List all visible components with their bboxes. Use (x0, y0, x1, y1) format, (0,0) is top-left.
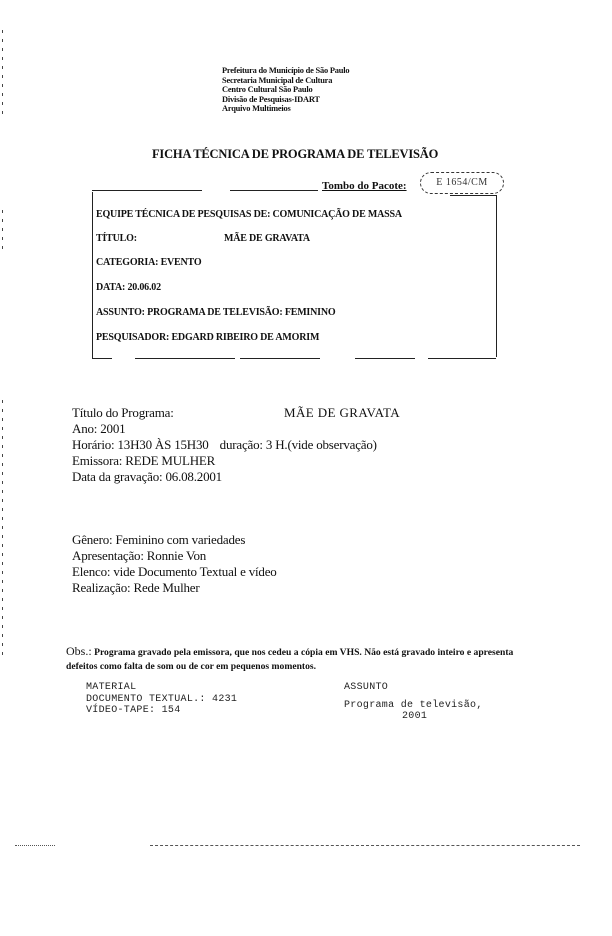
header-line: Centro Cultural São Paulo (222, 85, 349, 95)
top-rule (92, 190, 202, 191)
header-line: Arquivo Multimeios (222, 104, 349, 114)
elenco-field: Elenco: vide Documento Textual e vídeo (72, 564, 277, 580)
scan-bottom-marks (15, 845, 55, 848)
categoria-field: CATEGORIA: EVENTO (96, 257, 201, 268)
scan-edge-marks (2, 210, 5, 255)
scan-edge-marks (2, 400, 5, 661)
emissora-field: Emissora: REDE MULHER (72, 453, 377, 469)
credits: Gênero: Feminino com variedades Apresent… (72, 532, 277, 596)
assunto-line2: 2001 (344, 711, 483, 723)
box-bottom-rule (135, 358, 235, 359)
header-line: Divisão de Pesquisas-IDART (222, 95, 349, 105)
assunto-field: ASSUNTO: PROGRAMA DE TELEVISÃO: FEMININO (96, 307, 335, 318)
pesquisador-field: PESQUISADOR: EDGARD RIBEIRO DE AMORIM (96, 332, 319, 343)
obs-text: Programa gravado pela emissora, que nos … (66, 647, 513, 672)
realizacao-field: Realização: Rede Mulher (72, 580, 277, 596)
top-rule (230, 190, 318, 191)
tombo-label: Tombo do Pacote: (322, 180, 407, 192)
observation: Obs.: Programa gravado pela emissora, qu… (66, 644, 516, 674)
data-field: DATA: 20.06.02 (96, 282, 161, 293)
program-title-value: MÃE DE GRAVATA (284, 405, 400, 421)
material-heading: MATERIAL (86, 682, 237, 694)
titulo-value: MÃE DE GRAVATA (224, 233, 310, 244)
horario-field: Horário: 13H30 ÀS 15H30 duração: 3 H.(vi… (72, 437, 377, 453)
institution-header: Prefeitura do Município de São Paulo Sec… (222, 66, 349, 114)
box-top-right (450, 195, 496, 196)
equipe-field: EQUIPE TÉCNICA DE PESQUISAS DE: COMUNICA… (96, 209, 402, 220)
tombo-stamp: E 1654/CM (420, 172, 504, 194)
scan-edge-marks (2, 30, 5, 120)
duracao-value: duração: 3 H.(vide observação) (220, 437, 377, 452)
apresentacao-field: Apresentação: Ronnie Von (72, 548, 277, 564)
header-line: Secretaria Municipal de Cultura (222, 76, 349, 86)
header-line: Prefeitura do Município de São Paulo (222, 66, 349, 76)
box-bottom-rule (355, 358, 415, 359)
titulo-label: TÍTULO: (96, 233, 137, 244)
box-bottom-rule (92, 358, 112, 359)
scan-bottom-marks (150, 845, 580, 848)
box-right-border (496, 195, 497, 357)
box-bottom-rule (240, 358, 320, 359)
form-title: FICHA TÉCNICA DE PROGRAMA DE TELEVISÃO (152, 147, 438, 162)
data-gravacao-field: Data da gravação: 06.08.2001 (72, 469, 377, 485)
box-left-border (92, 192, 93, 358)
horario-value: Horário: 13H30 ÀS 15H30 (72, 437, 209, 452)
assunto-line1: Programa de televisão, (344, 700, 483, 712)
video-tape: VÍDEO-TAPE: 154 (86, 705, 237, 717)
genero-field: Gênero: Feminino com variedades (72, 532, 277, 548)
documento-textual: DOCUMENTO TEXTUAL.: 4231 (86, 694, 237, 706)
obs-label: Obs.: (66, 644, 92, 658)
ano-field: Ano: 2001 (72, 421, 377, 437)
box-bottom-rule (428, 358, 496, 359)
material-block: MATERIAL DOCUMENTO TEXTUAL.: 4231 VÍDEO-… (86, 682, 237, 717)
assunto-heading: ASSUNTO (344, 682, 483, 694)
assunto-stamp: ASSUNTO Programa de televisão, 2001 (344, 682, 483, 723)
